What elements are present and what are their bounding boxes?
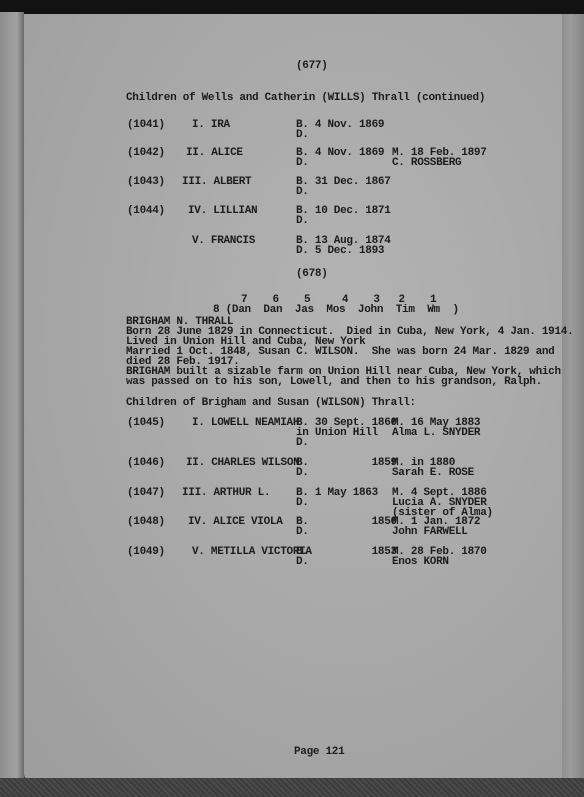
- entry-id: (1041): [127, 119, 165, 132]
- death-date: D.: [296, 526, 309, 539]
- death-date: D. 5 Dec. 1893: [296, 245, 384, 258]
- spouse-name: Alma L. SNYDER: [392, 427, 480, 440]
- death-date: D.: [296, 437, 309, 450]
- child-name: IV. ALICE VIOLA: [188, 516, 283, 529]
- spouse-name: John FARWELL: [392, 526, 468, 539]
- spouse-name: C. ROSSBERG: [392, 157, 461, 170]
- birth-date: B. 31 Dec. 1867: [296, 176, 391, 189]
- birth-date: B. 1850: [296, 516, 397, 529]
- birth-date: B. 10 Dec. 1871: [296, 205, 391, 218]
- entry-id: (1042): [127, 147, 165, 160]
- section2-heading: Children of Brigham and Susan (WILSON) T…: [126, 397, 416, 410]
- left-page-edge: [0, 12, 24, 780]
- birth-date: B. 1853: [296, 546, 397, 559]
- child-name: II. CHARLES WILSON: [186, 457, 299, 470]
- entry-id: (1045): [127, 417, 165, 430]
- child-name: I. LOWELL NEAMIAH: [192, 417, 299, 430]
- scan-bottom-border: [0, 778, 584, 797]
- entry-id: (1047): [127, 487, 165, 500]
- page-footer: Page 121: [294, 746, 344, 759]
- death-date: D.: [296, 556, 309, 569]
- spouse-name: Sarah E. ROSE: [392, 467, 474, 480]
- birth-date: B. 1859: [296, 457, 397, 470]
- entry-id: (1048): [127, 516, 165, 529]
- spouse-name: Enos KORN: [392, 556, 449, 569]
- entry-id: (1043): [127, 176, 165, 189]
- page-number-top: (677): [296, 60, 328, 73]
- entry-id: (1044): [127, 205, 165, 218]
- child-name: I. IRA: [192, 119, 230, 132]
- entry-id: (1049): [127, 546, 165, 559]
- child-name: III. ALBERT: [182, 176, 251, 189]
- birth-date: B. 4 Nov. 1869: [296, 147, 384, 160]
- death-date: D.: [296, 467, 309, 480]
- entry-number: (678): [296, 268, 328, 281]
- death-date: D.: [296, 186, 309, 199]
- child-name: II. ALICE: [186, 147, 243, 160]
- child-name: V. METILLA VICTORIA: [192, 546, 312, 559]
- birth-date: B. 4 Nov. 1869: [296, 119, 384, 132]
- scan-top-border: [0, 0, 584, 14]
- child-name: V. FRANCIS: [192, 235, 255, 248]
- child-name: IV. LILLIAN: [188, 205, 257, 218]
- death-date: D.: [296, 497, 309, 510]
- lineage-names: 8 (Dan Dan Jas Mos John Tim Wm ): [213, 304, 459, 317]
- person-line-6: was passed on to his son, Lowell, and th…: [126, 376, 542, 389]
- section1-heading: Children of Wells and Catherin (WILLS) T…: [126, 92, 485, 105]
- right-page-edge: [562, 14, 584, 778]
- death-date: D.: [296, 129, 309, 142]
- child-name: III. ARTHUR L.: [182, 487, 270, 500]
- death-date: D.: [296, 215, 309, 228]
- entry-id: (1046): [127, 457, 165, 470]
- death-date: D.: [296, 157, 309, 170]
